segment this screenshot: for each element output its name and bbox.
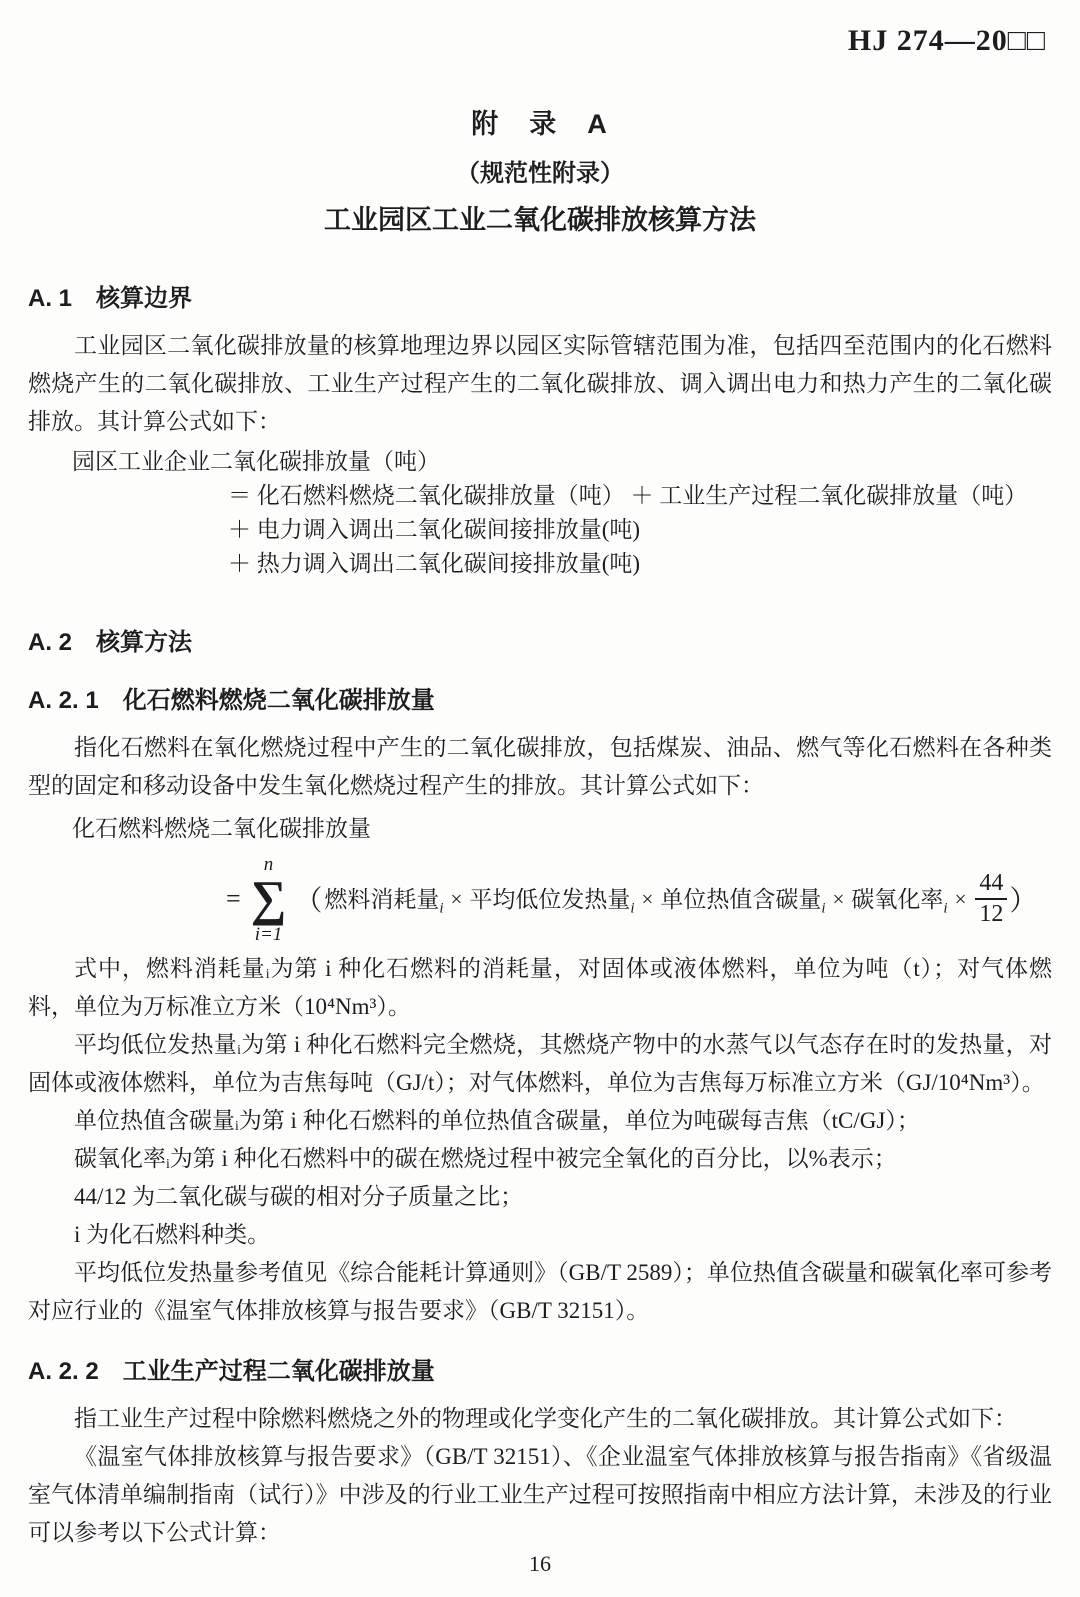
- section-a2-heading: A. 2 核算方法: [28, 627, 1052, 659]
- heating-value-paragraph: 平均低位发热量ᵢ为第 i 种化石燃料完全燃烧，其燃烧产物中的水蒸气以气态存在时的…: [28, 1026, 1052, 1102]
- term-heating-value: 平均低位发热量i: [469, 881, 634, 918]
- formula-line: ＋ 热力调入调出二氧化碳间接排放量(吨): [228, 547, 1080, 581]
- section-a1-heading: A. 1 核算边界: [28, 283, 1052, 315]
- sigma-block: n ∑ i=1: [251, 855, 287, 944]
- sigma-lower-bound: i=1: [255, 925, 283, 944]
- fraction-44-12: 44 12: [975, 871, 1007, 927]
- multiply-operator: ×: [833, 887, 845, 912]
- term-fuel-consumption: 燃料消耗量i: [324, 881, 443, 918]
- multiply-operator: ×: [642, 887, 654, 912]
- where-clause-paragraph: 式中，燃料消耗量ᵢ为第 i 种化石燃料的消耗量，对固体或液体燃料，单位为吨（t）…: [28, 950, 1052, 1026]
- page-number: 16: [0, 1551, 1080, 1577]
- subscript-i: i: [943, 901, 947, 917]
- formula-expression: （ 燃料消耗量i × 平均低位发热量i × 单位热值含碳量i × 碳氧化率i ×…: [292, 871, 1039, 927]
- appendix-title-block: 附 录 A （规范性附录） 工业园区工业二氧化碳排放核算方法: [0, 102, 1080, 237]
- carbon-content-line: 单位热值含碳量ᵢ为第 i 种化石燃料的单位热值含碳量，单位为吨碳每吉焦（tC/G…: [28, 1102, 1052, 1140]
- fraction-denominator: 12: [979, 900, 1003, 927]
- a1-formula-block: 园区工业企业二氧化碳排放量（吨） ＝ 化石燃料燃烧二氧化碳排放量（吨） ＋ 工业…: [0, 445, 1080, 581]
- appendix-main-title: 工业园区工业二氧化碳排放核算方法: [0, 198, 1080, 237]
- close-paren: ）: [1009, 879, 1037, 919]
- document-page: HJ 274—20□□ 附 录 A （规范性附录） 工业园区工业二氧化碳排放核算…: [0, 0, 1080, 1597]
- subscript-i: i: [630, 901, 634, 917]
- term-oxidation-rate: 碳氧化率i: [851, 881, 947, 918]
- a21-summation-formula: = n ∑ i=1 （ 燃料消耗量i × 平均低位发热量i × 单位热值含碳量i…: [226, 855, 1080, 944]
- appendix-label: 附 录 A: [0, 102, 1080, 141]
- a22-intro-paragraph: 指工业生产过程中除燃料燃烧之外的物理或化学变化产生的二氧化碳排放。其计算公式如下…: [28, 1400, 1052, 1438]
- equals-sign: =: [226, 884, 241, 914]
- fuel-type-line: i 为化石燃料种类。: [28, 1216, 1052, 1254]
- formula-line: 园区工业企业二氧化碳排放量（吨）: [72, 445, 1080, 479]
- subscript-i: i: [821, 901, 825, 917]
- section-a22-heading: A. 2. 2 工业生产过程二氧化碳排放量: [28, 1356, 1052, 1388]
- a21-intro-paragraph: 指化石燃料在氧化燃烧过程中产生的二氧化碳排放，包括煤炭、油品、燃气等化石燃料在各…: [28, 729, 1052, 805]
- oxidation-rate-line: 碳氧化率ᵢ为第 i 种化石燃料中的碳在燃烧过程中被完全氧化的百分比，以%表示；: [28, 1140, 1052, 1178]
- a1-boundary-paragraph: 工业园区二氧化碳排放量的核算地理边界以园区实际管辖范围为准，包括四至范围内的化石…: [28, 327, 1052, 441]
- molecular-ratio-line: 44/12 为二氧化碳与碳的相对分子质量之比；: [28, 1178, 1052, 1216]
- appendix-type: （规范性附录）: [0, 153, 1080, 188]
- standard-code: HJ 274—20□□: [0, 0, 1080, 58]
- multiply-operator: ×: [451, 887, 463, 912]
- formula-line: ＋ 电力调入调出二氧化碳间接排放量(吨): [228, 513, 1080, 547]
- sigma-symbol: ∑: [251, 877, 287, 920]
- fraction-numerator: 44: [975, 871, 1007, 900]
- reference-paragraph: 平均低位发热量参考值见《综合能耗计算通则》（GB/T 2589）；单位热值含碳量…: [28, 1254, 1052, 1330]
- section-a21-heading: A. 2. 1 化石燃料燃烧二氧化碳排放量: [28, 685, 1052, 717]
- multiply-operator: ×: [955, 887, 967, 912]
- subscript-i: i: [439, 901, 443, 917]
- term-carbon-content: 单位热值含碳量i: [660, 881, 825, 918]
- formula-line: ＝ 化石燃料燃烧二氧化碳排放量（吨） ＋ 工业生产过程二氧化碳排放量（吨）: [228, 479, 1080, 513]
- open-paren: （: [294, 879, 322, 919]
- a21-formula-label: 化石燃料燃烧二氧化碳排放量: [72, 811, 1080, 847]
- a22-method-paragraph: 《温室气体排放核算与报告要求》（GB/T 32151）、《企业温室气体排放核算与…: [28, 1438, 1052, 1552]
